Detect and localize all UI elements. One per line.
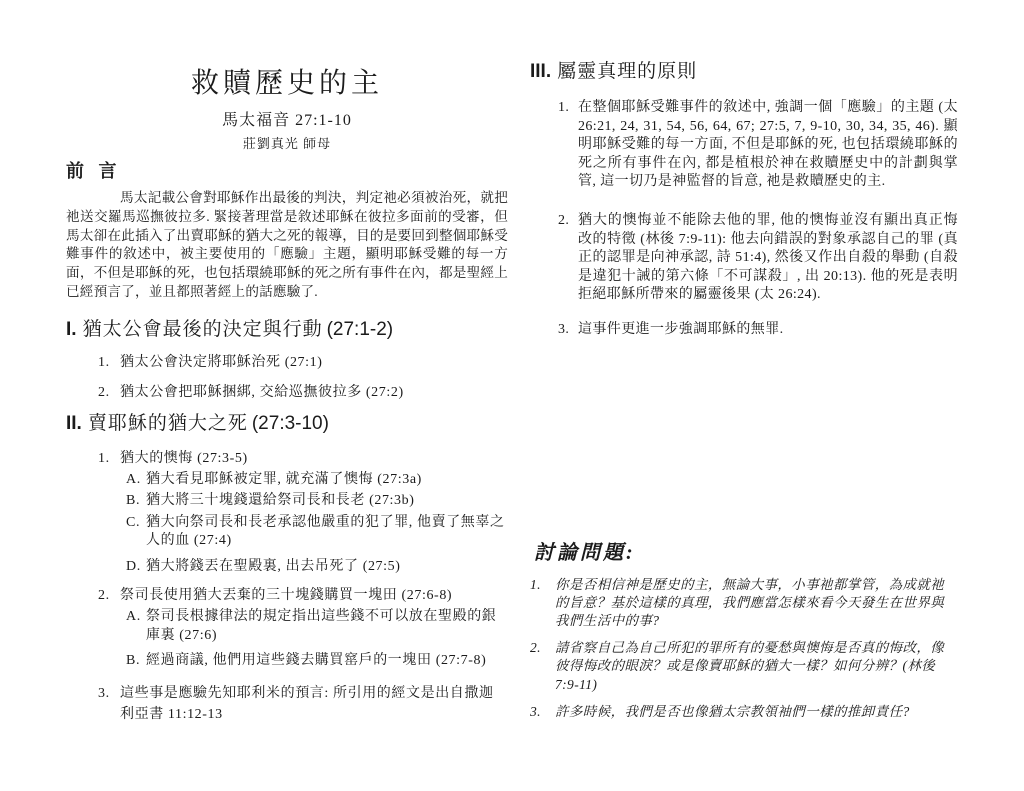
section-1-ref: (27:1-2) xyxy=(327,319,394,340)
item-label: 1. xyxy=(558,99,578,192)
question-label: 2. xyxy=(530,639,555,694)
doc-author: 莊劉真光 師母 xyxy=(66,135,508,152)
doc-title: 救贖歷史的主 xyxy=(66,64,508,104)
question-text: 請省察自己為自己所犯的罪所有的憂愁與懊悔是否真的悔改，像彼得悔改的眼淚？或是像賣… xyxy=(555,639,958,694)
subitem-label: A. xyxy=(126,471,146,490)
item-text: 在整個耶穌受難事件的敘述中, 強調一個「應驗」的主題 (太 26:21, 24,… xyxy=(578,99,958,192)
subitem-label: B. xyxy=(126,652,146,671)
discussion-question-1: 1. 你是否相信神是歷史的主，無論大事，小事祂都掌管，為成就祂的旨意？基於這樣的… xyxy=(530,576,958,631)
outline-item-I-2: 2. 猶太公會把耶穌捆綁, 交給巡撫彼拉多 (27:2) xyxy=(98,383,508,402)
section-2-heading: II.賣耶穌的猶大之死(27:3-10) xyxy=(66,412,508,436)
section-2-ref: (27:3-10) xyxy=(252,413,329,434)
subitem-label: D. xyxy=(126,558,146,577)
subitem-label: A. xyxy=(126,608,146,645)
outline-item-II-3: 3. 這些事是應驗先知耶利米的預言: 所引用的經文是出自撒迦利亞書 11:12-… xyxy=(98,683,508,725)
principle-item-1: 1. 在整個耶穌受難事件的敘述中, 強調一個「應驗」的主題 (太 26:21, … xyxy=(558,99,958,192)
preface-paragraph: 馬太記載公會對耶穌作出最後的判決，判定祂必須被治死，就把祂送交羅馬巡撫彼拉多. … xyxy=(66,189,508,302)
item-text: 猶大的懊悔並不能除去他的罪, 他的懊悔並沒有顯出真正悔改的特徵 (林後 7:9-… xyxy=(578,212,958,305)
item-text: 祭司長使用猶大丟棄的三十塊錢購買一塊田 (27:6-8) xyxy=(120,586,508,605)
question-label: 1. xyxy=(530,576,555,631)
section-1-title: 猶太公會最後的決定與行動 xyxy=(83,319,323,340)
item-label: 3. xyxy=(558,321,578,340)
discussion-question-3: 3. 許多時候，我們是否也像猶太宗教領袖們一樣的推卸責任? xyxy=(530,703,958,721)
discussion-heading: 討論問題: xyxy=(534,540,958,566)
discussion-question-2: 2. 請省察自己為自己所犯的罪所有的憂愁與懊悔是否真的悔改，像彼得悔改的眼淚？或… xyxy=(530,639,958,694)
section-1-number: I. xyxy=(66,319,77,340)
outline-subitem-II-2-A: A. 祭司長根據律法的規定指出這些錢不可以放在聖殿的銀庫裏 (27:6) xyxy=(126,608,508,645)
item-label: 1. xyxy=(98,449,120,468)
question-label: 3. xyxy=(530,703,555,721)
subitem-label: C. xyxy=(126,514,146,551)
principle-item-3: 3. 這事件更進一步強調耶穌的無罪. xyxy=(558,321,958,340)
outline-subitem-II-2-B: B. 經過商議, 他們用這些錢去購買窰戶的一塊田 (27:7-8) xyxy=(126,652,508,671)
doc-subtitle: 馬太福音 27:1-10 xyxy=(66,110,508,132)
subitem-text: 猶大向祭司長和長老承認他嚴重的犯了罪, 他賣了無辜之人的血 (27:4) xyxy=(146,514,508,551)
item-text: 猶大的懊悔 (27:3-5) xyxy=(120,449,508,468)
item-text: 猶太公會決定將耶穌治死 (27:1) xyxy=(120,353,508,372)
item-text: 這事件更進一步強調耶穌的無罪. xyxy=(578,321,958,340)
outline-item-II-1: 1. 猶大的懊悔 (27:3-5) xyxy=(98,449,508,468)
section-1-heading: I.猶太公會最後的決定與行動(27:1-2) xyxy=(66,318,508,342)
subitem-label: B. xyxy=(126,492,146,511)
question-text: 許多時候，我們是否也像猶太宗教領袖們一樣的推卸責任? xyxy=(555,703,958,721)
document-page: 救贖歷史的主 馬太福音 27:1-10 莊劉真光 師母 前 言 馬太記載公會對耶… xyxy=(0,0,1024,791)
right-column: III.屬靈真理的原則 1. 在整個耶穌受難事件的敘述中, 強調一個「應驗」的主… xyxy=(530,0,958,721)
subitem-text: 猶大看見耶穌被定罪, 就充滿了懊悔 (27:3a) xyxy=(146,471,508,490)
subitem-text: 猶大將三十塊錢還給祭司長和長老 (27:3b) xyxy=(146,492,508,511)
item-label: 1. xyxy=(98,353,120,372)
subitem-text: 猶大將錢丟在聖殿裏, 出去吊死了 (27:5) xyxy=(146,558,508,577)
outline-item-II-2: 2. 祭司長使用猶大丟棄的三十塊錢購買一塊田 (27:6-8) xyxy=(98,586,508,605)
section-3-title: 屬靈真理的原則 xyxy=(557,61,697,82)
outline-subitem-II-1-A: A. 猶大看見耶穌被定罪, 就充滿了懊悔 (27:3a) xyxy=(126,471,508,490)
item-label: 3. xyxy=(98,683,120,725)
section-2-title: 賣耶穌的猶大之死 xyxy=(88,413,248,434)
principle-item-2: 2. 猶大的懊悔並不能除去他的罪, 他的懊悔並沒有顯出真正悔改的特徵 (林後 7… xyxy=(558,212,958,305)
item-label: 2. xyxy=(98,586,120,605)
section-3-heading: III.屬靈真理的原則 xyxy=(530,60,958,84)
item-text: 這些事是應驗先知耶利米的預言: 所引用的經文是出自撒迦利亞書 11:12-13 xyxy=(120,683,508,725)
question-text: 你是否相信神是歷史的主，無論大事，小事祂都掌管，為成就祂的旨意？基於這樣的真理，… xyxy=(555,576,958,631)
item-text: 猶太公會把耶穌捆綁, 交給巡撫彼拉多 (27:2) xyxy=(120,383,508,402)
section-2-number: II. xyxy=(66,413,82,434)
outline-item-I-1: 1. 猶太公會決定將耶穌治死 (27:1) xyxy=(98,353,508,372)
outline-subitem-II-1-C: C. 猶大向祭司長和長老承認他嚴重的犯了罪, 他賣了無辜之人的血 (27:4) xyxy=(126,514,508,551)
section-3-number: III. xyxy=(530,61,551,82)
outline-subitem-II-1-D: D. 猶大將錢丟在聖殿裏, 出去吊死了 (27:5) xyxy=(126,558,508,577)
subitem-text: 經過商議, 他們用這些錢去購買窰戶的一塊田 (27:7-8) xyxy=(146,652,508,671)
preface-heading: 前 言 xyxy=(66,159,508,183)
outline-subitem-II-1-B: B. 猶大將三十塊錢還給祭司長和長老 (27:3b) xyxy=(126,492,508,511)
subitem-text: 祭司長根據律法的規定指出這些錢不可以放在聖殿的銀庫裏 (27:6) xyxy=(146,608,508,645)
left-column: 救贖歷史的主 馬太福音 27:1-10 莊劉真光 師母 前 言 馬太記載公會對耶… xyxy=(66,0,508,725)
item-label: 2. xyxy=(98,383,120,402)
item-label: 2. xyxy=(558,212,578,305)
